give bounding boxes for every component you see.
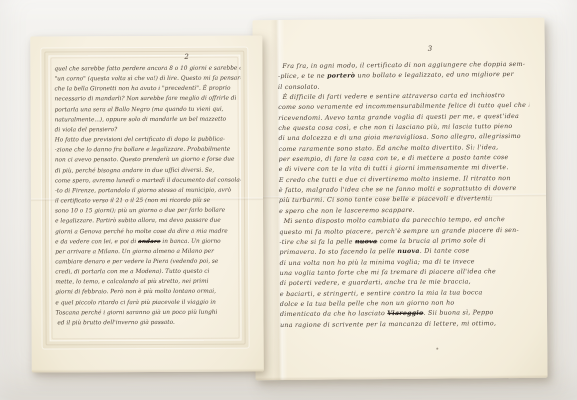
handwriting-line: -to di Firenze, portandolo il giorno ste… [55, 185, 241, 196]
handwriting-line: e da vedere con lei, e poi di andare in … [55, 236, 241, 247]
page-number-right: 3 [428, 45, 433, 53]
handwriting-line: necessario di mandarli? Non sarebbe fare… [55, 94, 241, 105]
handwriting-line: ed il più brutto dell'inverno già passat… [55, 317, 241, 328]
ink-speck [436, 348, 438, 350]
handwriting-line: una ragione di scrivente per la mancanza… [280, 318, 531, 331]
handwriting-line: giorni a Genova perché ho molte cose da … [55, 226, 241, 237]
handwriting-line: portarla una sera al Ballo Negro (ma qua… [55, 104, 241, 115]
handwriting-line: non ci avevo pensato. Questo prenderà un… [55, 155, 241, 166]
handwriting-line: e quel piccolo ritardo ci farà più piace… [55, 297, 241, 308]
handwriting-line: cambiare denaro e per vedere la Piera (v… [55, 257, 241, 268]
handwriting-line: e legalizzare. Partirò subito allora, ma… [55, 216, 241, 227]
page-number-left: 2 [184, 53, 189, 61]
letter-photo: 2 quel che sarebbe fatto perdere ancora … [0, 0, 577, 400]
handwritten-text-right: Fra fra, in ogni modo, il certificato di… [278, 60, 532, 370]
handwritten-text-left: quel che sarebbe fatto perdere ancora 8 … [54, 64, 241, 363]
handwriting-line: Toscana perché i giorni saranno già un p… [55, 307, 241, 318]
letter-page-3: 3 Fra fra, in ogni modo, il certificato … [252, 18, 547, 381]
handwriting-line: di più, perché bisogna andare in due uff… [55, 165, 241, 176]
handwriting-line: giorni di febbraio. Però non è più molto… [55, 287, 241, 298]
handwriting-line: -plice, e te ne porterò uno bollato e le… [278, 70, 529, 83]
handwriting-line: naturalmente...), oppure solo di mandarl… [55, 114, 241, 125]
handwriting-line: come spero, avremo lunedì o martedì il d… [55, 175, 241, 186]
letter-page-2: 2 quel che sarebbe fatto perdere ancora … [30, 35, 263, 372]
